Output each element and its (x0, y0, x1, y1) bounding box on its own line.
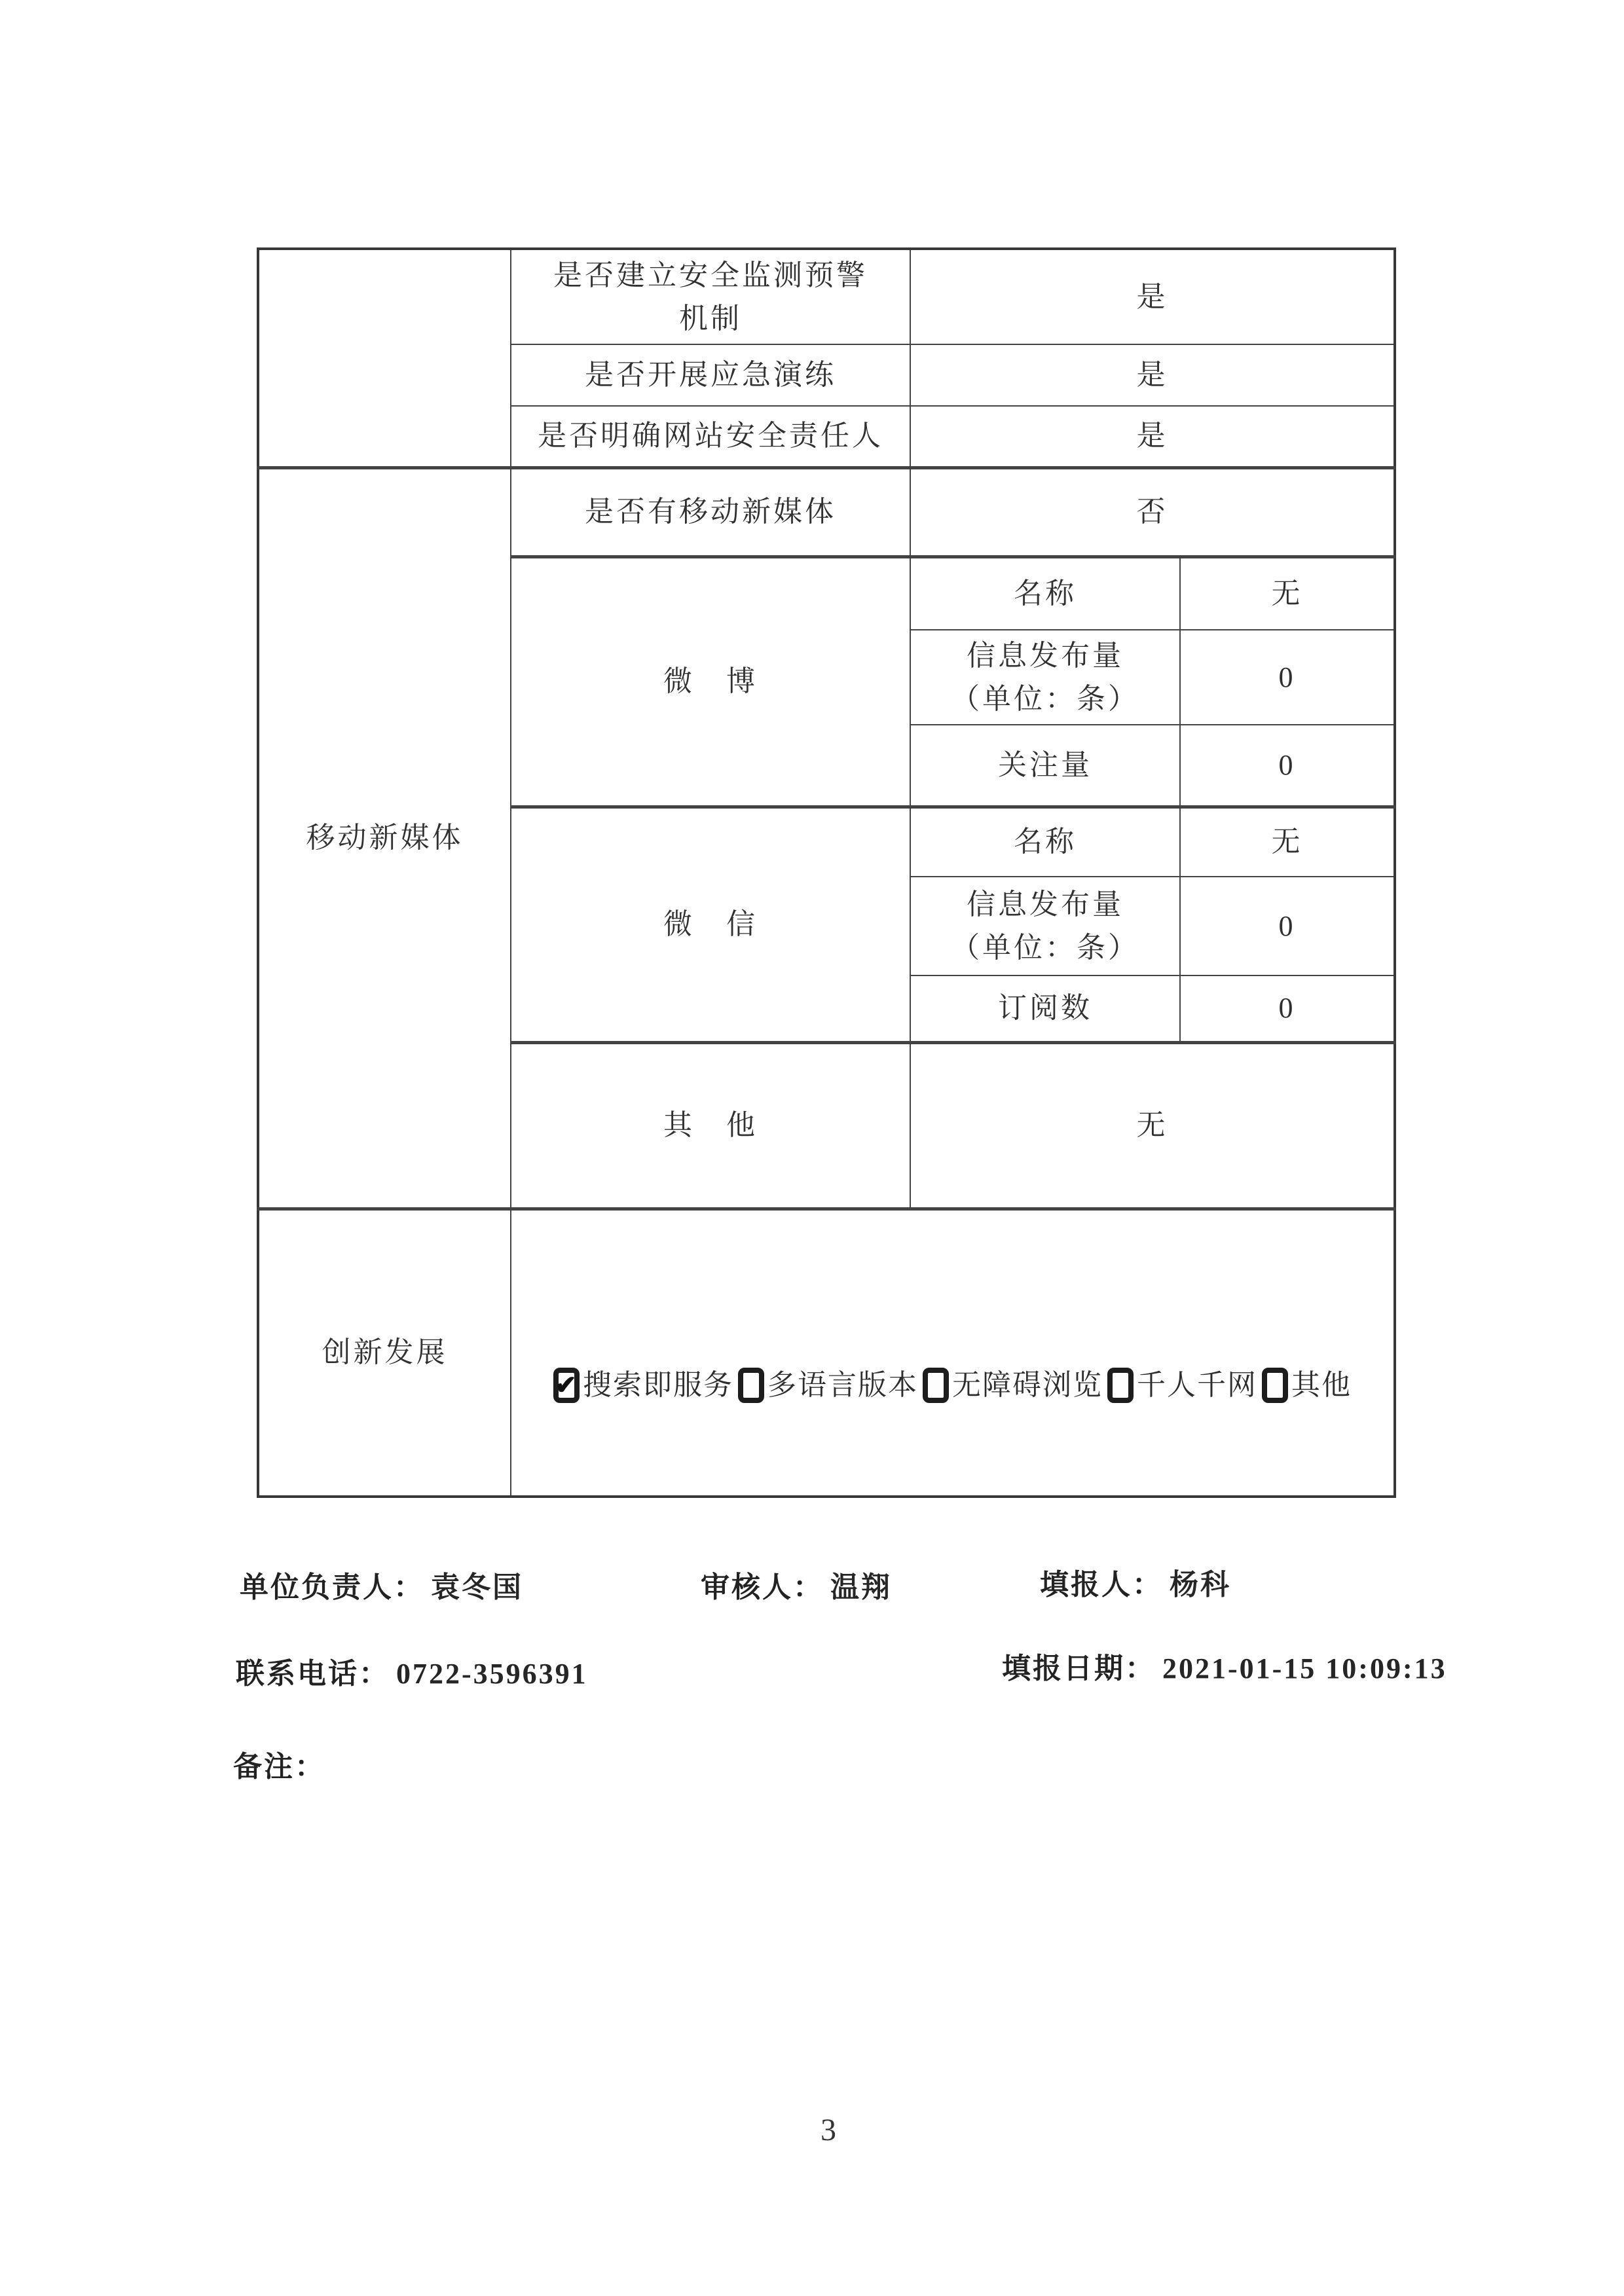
checkbox-checked-icon[interactable]: ✔ (553, 1368, 580, 1403)
reviewer-item: 审核人：温翔 (701, 1563, 892, 1605)
reviewer-label: 审核人： (701, 1571, 824, 1603)
label-wechat-name: 名称 (910, 807, 1180, 877)
unit-head-item: 单位负责人：袁冬国 (240, 1563, 523, 1605)
answer-has-mobile-media: 否 (910, 467, 1395, 556)
label-weibo-posts: 信息发布量 （单位：条） (910, 630, 1180, 725)
fill-date-value: 2021-01-15 10:09:13 (1162, 1652, 1447, 1685)
unit-head-value: 袁冬国 (431, 1571, 523, 1603)
unit-head-label: 单位负责人： (240, 1571, 424, 1603)
document-page: 是否建立安全监测预警 机制 是 是否开展应急演练 是 是否明确网站安全责任人 是… (0, 0, 1624, 2296)
phone-label: 联系电话： (236, 1658, 390, 1690)
innovation-options: ✔搜索即服务多语言版本无障碍浏览千人千网其他 (517, 1364, 1388, 1407)
label-other-media: 其 他 (511, 1042, 910, 1209)
innovation-option-label: 千人千网 (1137, 1364, 1257, 1407)
label-weibo-followers: 关注量 (910, 725, 1180, 807)
reviewer-value: 温翔 (830, 1571, 892, 1603)
checkbox-icon[interactable] (738, 1368, 764, 1403)
innovation-option-label: 多语言版本 (767, 1364, 918, 1407)
phone-item: 联系电话：0722-3596391 (236, 1650, 588, 1692)
value-wechat-name: 无 (1180, 807, 1395, 877)
fill-date-item: 填报日期：2021-01-15 10:09:13 (1002, 1645, 1447, 1686)
innovation-option: 无障碍浏览 (918, 1364, 1103, 1407)
innovation-option: ✔搜索即服务 (553, 1364, 733, 1407)
fill-date-label: 填报日期： (1002, 1652, 1156, 1685)
section-label-innovation: 创新发展 (258, 1209, 511, 1497)
innovation-option: 多语言版本 (733, 1364, 918, 1407)
value-wechat-posts: 0 (1180, 877, 1395, 975)
answer-emergency-drill: 是 (910, 344, 1395, 406)
filler-label: 填报人： (1040, 1569, 1163, 1601)
answer-security-responsible-person: 是 (910, 406, 1395, 467)
innovation-option-label: 无障碍浏览 (952, 1364, 1103, 1407)
phone-value: 0722-3596391 (396, 1658, 588, 1690)
checkbox-icon[interactable] (1107, 1368, 1134, 1403)
filler-value: 杨科 (1170, 1569, 1231, 1601)
question-emergency-drill: 是否开展应急演练 (511, 344, 910, 406)
value-wechat-subscribers: 0 (1180, 975, 1395, 1042)
question-security-responsible-person: 是否明确网站安全责任人 (511, 406, 910, 467)
value-weibo-followers: 0 (1180, 725, 1395, 807)
group-label-wechat: 微 信 (511, 807, 910, 1042)
innovation-option-label: 搜索即服务 (583, 1364, 733, 1407)
innovation-option: 千人千网 (1103, 1364, 1257, 1407)
filler-item: 填报人：杨科 (1040, 1561, 1231, 1603)
checkbox-icon[interactable] (923, 1368, 949, 1403)
innovation-option: 其他 (1257, 1364, 1352, 1407)
label-weibo-name: 名称 (910, 556, 1180, 630)
answer-security-warning-mechanism: 是 (910, 249, 1395, 344)
label-wechat-subscribers: 订阅数 (910, 975, 1180, 1042)
question-has-mobile-media: 是否有移动新媒体 (511, 467, 910, 556)
checkbox-icon[interactable] (1262, 1368, 1288, 1403)
report-table: 是否建立安全监测预警 机制 是 是否开展应急演练 是 是否明确网站安全责任人 是… (257, 247, 1396, 1498)
value-weibo-posts: 0 (1180, 630, 1395, 725)
value-weibo-name: 无 (1180, 556, 1395, 630)
value-other-media: 无 (910, 1042, 1395, 1209)
section-label-mobile-media: 移动新媒体 (258, 467, 511, 1209)
section-cell-empty (258, 249, 511, 467)
remarks-item: 备注： (233, 1743, 325, 1785)
page-number: 3 (0, 2112, 1624, 2148)
innovation-option-label: 其他 (1291, 1364, 1352, 1407)
question-security-warning-mechanism: 是否建立安全监测预警 机制 (511, 249, 910, 344)
label-wechat-posts: 信息发布量 （单位：条） (910, 877, 1180, 975)
group-label-weibo: 微 博 (511, 556, 910, 807)
remarks-label: 备注： (233, 1751, 325, 1783)
innovation-options-cell: ✔搜索即服务多语言版本无障碍浏览千人千网其他 (511, 1209, 1395, 1497)
